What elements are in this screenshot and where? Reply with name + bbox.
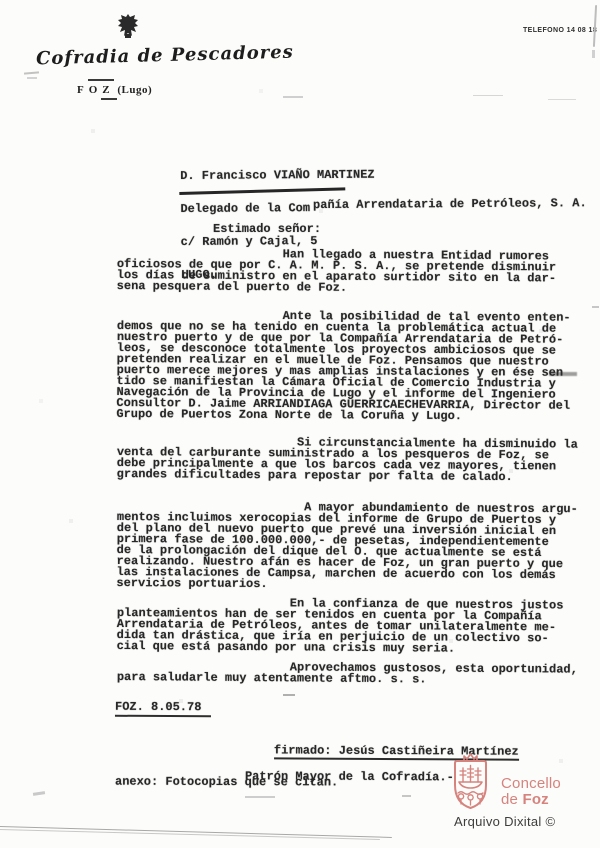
location-underline	[101, 98, 117, 100]
body-paragraph-4: A mayor abundamiento de nuestros argu- m…	[116, 501, 592, 592]
organization-location: FOZ (Lugo)	[77, 84, 152, 96]
scanned-letter-page: Cofradia de Pescadores FOZ (Lugo) TELEFO…	[0, 0, 600, 848]
scan-artifact	[245, 796, 275, 798]
archive-credit: Arquivo Dixital ©	[454, 814, 555, 829]
body-paragraph-2: Ante la posibilidad de tal evento enten-…	[116, 310, 592, 423]
date-line: FOZ. 8.05.78	[115, 702, 211, 718]
organization-name: Cofradia de Pescadores	[36, 42, 294, 70]
scan-artifact	[283, 96, 303, 98]
scan-artifact	[473, 95, 503, 96]
body-paragraph-5: En la confianza de que nuestros justos p…	[117, 597, 592, 656]
scan-artifact	[592, 306, 599, 308]
foz-logo-text: Concello de Foz	[501, 776, 561, 808]
scan-artifact	[0, 826, 392, 838]
recipient-street: c/ Ramón y Cajal, 5	[181, 234, 587, 248]
scan-artifact	[283, 694, 295, 696]
phone-number: 14 08 18	[567, 27, 597, 34]
scan-artifact	[548, 99, 576, 100]
scan-artifact	[402, 795, 411, 797]
location-name: FOZ	[77, 84, 115, 96]
scan-artifact	[592, 50, 595, 58]
salutation: Estimado señor:	[213, 224, 321, 235]
recipient-name: D. Francisco VIAÑO MARTINEZ	[180, 168, 586, 182]
scan-artifact	[549, 372, 577, 376]
organization-underline	[88, 79, 114, 81]
foz-logo-line2: de Foz	[501, 792, 561, 808]
concello-de-foz-logo: Concello de Foz	[448, 752, 598, 816]
foz-logo-line1: Concello	[501, 776, 561, 792]
body-paragraph-3: Si circunstancialmente ha disminuido la …	[117, 436, 592, 484]
cofradia-eagle-crest-icon	[116, 13, 140, 46]
foz-shield-icon	[448, 752, 494, 814]
scan-artifact	[593, 5, 597, 47]
body-paragraph-6: Aprovechamos gustosos, esta oportunidad,…	[117, 661, 592, 687]
phone-label: TELEFONO	[523, 27, 564, 34]
paper-noise	[0, 0, 2, 2]
scan-artifact	[33, 791, 45, 796]
scan-artifact	[24, 71, 39, 74]
recipient-role: Delegado de la Compañía Arrendataria de …	[180, 201, 586, 215]
scan-artifact	[27, 77, 37, 79]
annex-note: anexo: Fotocopias que se citan.	[115, 777, 338, 789]
location-suffix: (Lugo)	[117, 84, 152, 96]
body-paragraph-1: Han llegado a nuestra Entidad rumores of…	[117, 248, 592, 296]
phone-line: TELEFONO 14 08 18	[523, 27, 597, 34]
recipient-city-underline	[179, 187, 345, 195]
